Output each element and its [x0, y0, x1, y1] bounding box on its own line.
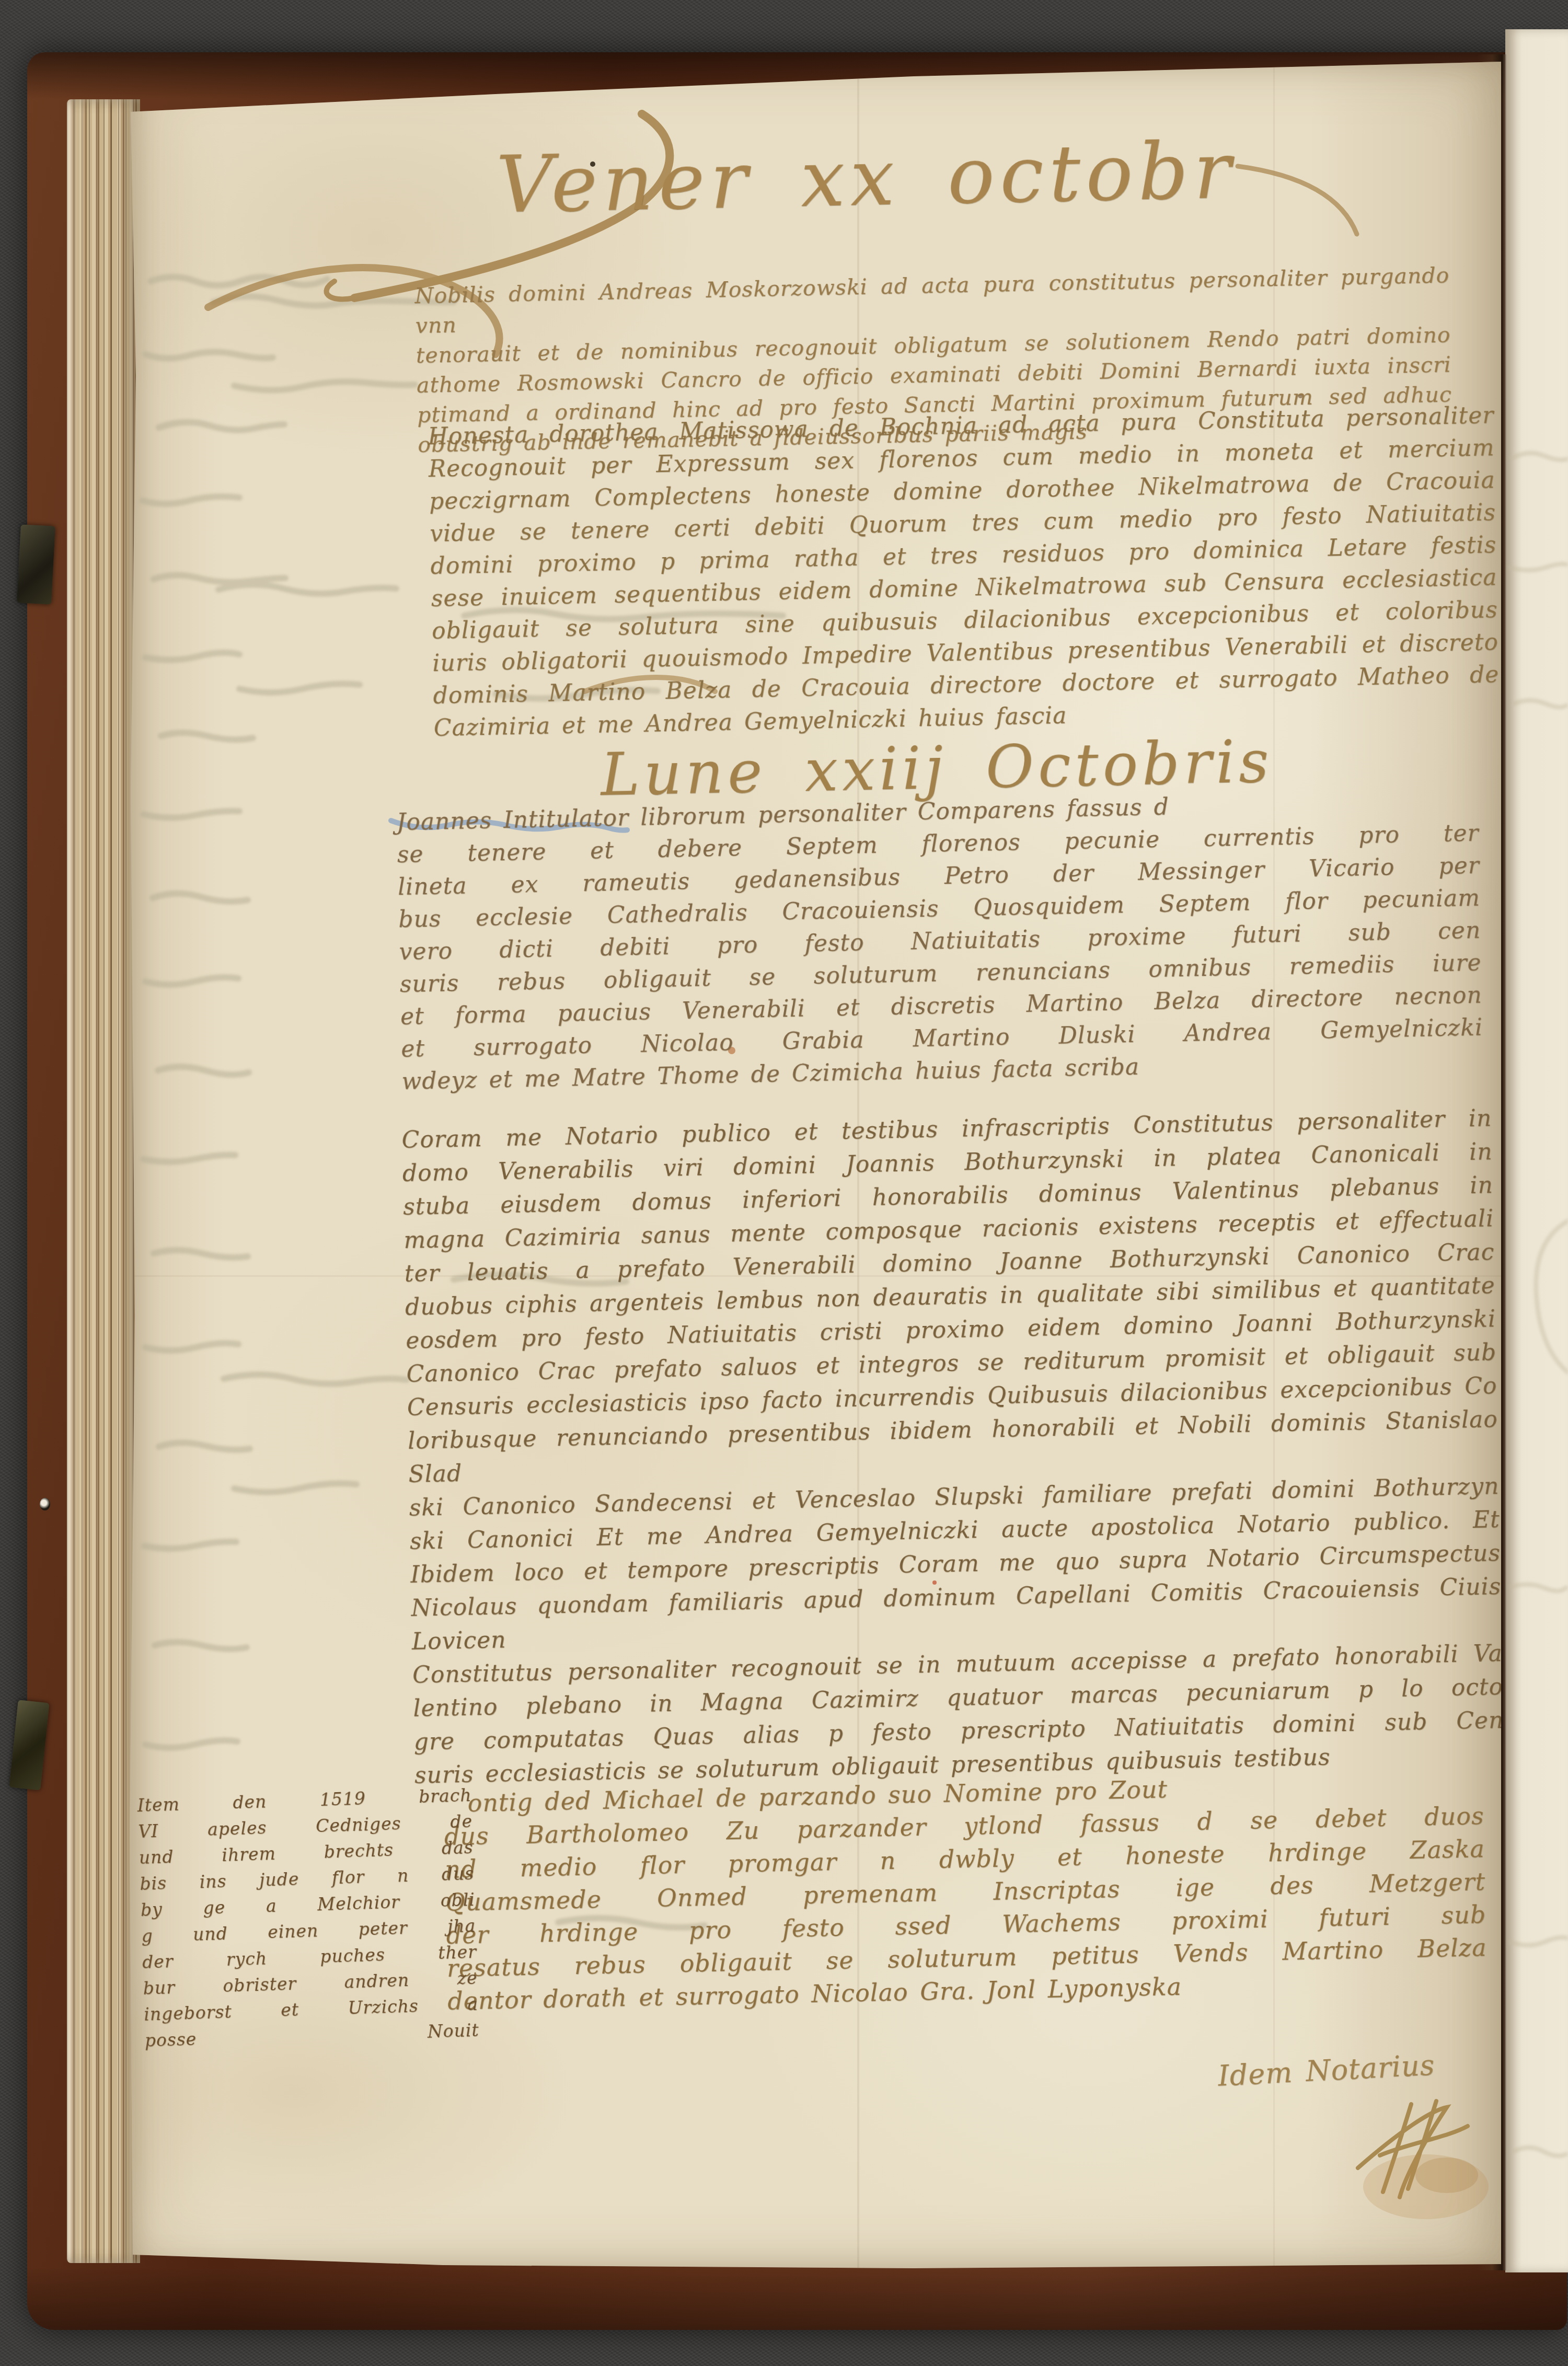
- date-heading-friday: Vener xx octobr: [495, 125, 1237, 231]
- book-clasp-upper: [17, 524, 55, 604]
- entry-block: Honesta dorothea Matissowa de Bochnia ad…: [428, 399, 1500, 745]
- facing-page-bleedthrough-marks: [1505, 29, 1568, 2272]
- margin-note: Item den 1519 brach VI apeles Cedniges d…: [137, 1782, 479, 2054]
- facing-page-edge: [1505, 29, 1568, 2272]
- entry-block: ontig ded Michael de parzando suo Nomine…: [443, 1767, 1488, 2018]
- photographed-manuscript-scene: { "page": { "headings": { "first": "Vene…: [0, 0, 1568, 2366]
- entry-block: Coram me Notario publico et testibus inf…: [401, 1102, 1505, 1793]
- manuscript-page: Vener xx octobr Nobilis domini Andreas M…: [130, 62, 1501, 2268]
- cover-nail-hole: [40, 1498, 50, 1510]
- page-stack-fore-edge: [67, 99, 140, 2263]
- entry-block: Joannes Intitulator librorum personalite…: [396, 784, 1484, 1098]
